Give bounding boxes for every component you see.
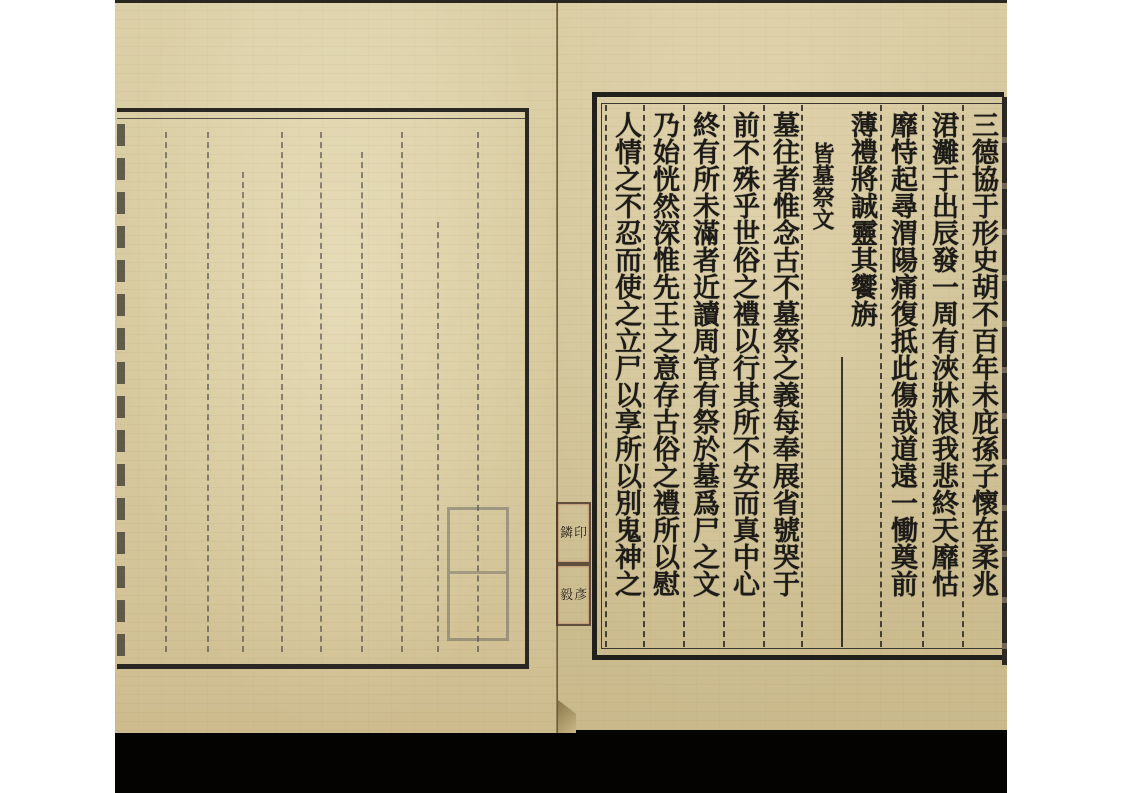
column-text: 前不殊乎世俗之禮以行其所不安而真中心 bbox=[725, 111, 761, 597]
section-heading: 皆墓祭文 bbox=[807, 142, 837, 230]
column-text: 三德協于形史胡不百年未庇孫子懷在柔兆 bbox=[964, 111, 1000, 597]
scan-background bbox=[115, 733, 1007, 793]
collector-seal: 鏻 印 毅 彥 bbox=[556, 502, 589, 630]
column-rule bbox=[320, 132, 322, 652]
column-rule bbox=[880, 105, 882, 647]
seal-char: 鏻 bbox=[560, 527, 573, 540]
column-rule bbox=[401, 132, 403, 652]
column-text: 靡恃起尋渭陽痛復抵此傷哉道遠一慟奠前 bbox=[883, 111, 919, 597]
seal-char: 彥 bbox=[574, 589, 587, 602]
seal-lower-block: 毅 彥 bbox=[556, 564, 591, 626]
column-text: 涒灘于出辰發一周有浹牀浪我悲終天靡怙 bbox=[924, 111, 960, 597]
column-rule bbox=[437, 222, 439, 652]
right-page: 三德協于形史胡不百年未庇孫子懷在柔兆 涒灘于出辰發一周有浹牀浪我悲終天靡怙 靡恃… bbox=[558, 3, 1007, 730]
right-page-frame: 三德協于形史胡不百年未庇孫子懷在柔兆 涒灘于出辰發一周有浹牀浪我悲終天靡怙 靡恃… bbox=[592, 92, 1004, 660]
text-column-3: 靡恃起尋渭陽痛復抵此傷哉道遠一慟奠前 bbox=[883, 111, 919, 597]
left-edge-remnant-text bbox=[117, 124, 125, 664]
text-column-8: 終有所未滿者近讀周官有祭於墓爲尸之文 bbox=[685, 111, 721, 597]
column-rule bbox=[801, 105, 803, 647]
column-rule bbox=[841, 357, 843, 647]
column-rule bbox=[281, 132, 283, 652]
text-column-1: 三德協于形史胡不百年未庇孫子懷在柔兆 bbox=[964, 111, 1000, 597]
text-column-9: 乃始恍然深惟先王之意存古俗之禮所以慰 bbox=[645, 111, 681, 597]
left-page bbox=[115, 3, 560, 740]
spine-edge-strip bbox=[1002, 97, 1007, 665]
column-rule bbox=[361, 152, 363, 652]
column-rule bbox=[165, 132, 167, 652]
column-rule bbox=[242, 172, 244, 652]
text-column-4: 薄禮將誠靈其饗旃 bbox=[843, 111, 879, 327]
text-column-2: 涒灘于出辰發一周有浹牀浪我悲終天靡怙 bbox=[924, 111, 960, 597]
column-text: 薄禮將誠靈其饗旃 bbox=[843, 111, 879, 327]
seal-upper-block: 鏻 印 bbox=[556, 502, 591, 564]
frame-inner-line bbox=[117, 118, 525, 119]
text-column-7: 前不殊乎世俗之禮以行其所不安而真中心 bbox=[725, 111, 761, 597]
book-scan: 三德協于形史胡不百年未庇孫子懷在柔兆 涒灘于出辰發一周有浹牀浪我悲終天靡怙 靡恃… bbox=[115, 0, 1007, 793]
faint-seal-impression bbox=[447, 507, 509, 641]
text-column-6: 墓往者惟念古不墓祭之義每奉展省號哭于 bbox=[765, 111, 801, 597]
column-text: 墓往者惟念古不墓祭之義每奉展省號哭于 bbox=[765, 111, 801, 597]
column-rule bbox=[207, 132, 209, 652]
seal-char: 毅 bbox=[560, 589, 573, 602]
column-text: 終有所未滿者近讀周官有祭於墓爲尸之文 bbox=[685, 111, 721, 597]
column-text: 人情之不忍而使之立尸以享所以別鬼神之 bbox=[607, 111, 643, 597]
column-text: 乃始恍然深惟先王之意存古俗之禮所以慰 bbox=[645, 111, 681, 597]
heading-column: 皆墓祭文 bbox=[804, 142, 840, 230]
text-column-10: 人情之不忍而使之立尸以享所以別鬼神之 bbox=[607, 111, 643, 597]
left-page-frame bbox=[117, 108, 529, 669]
seal-divider bbox=[450, 571, 506, 574]
seal-char: 印 bbox=[574, 527, 587, 540]
